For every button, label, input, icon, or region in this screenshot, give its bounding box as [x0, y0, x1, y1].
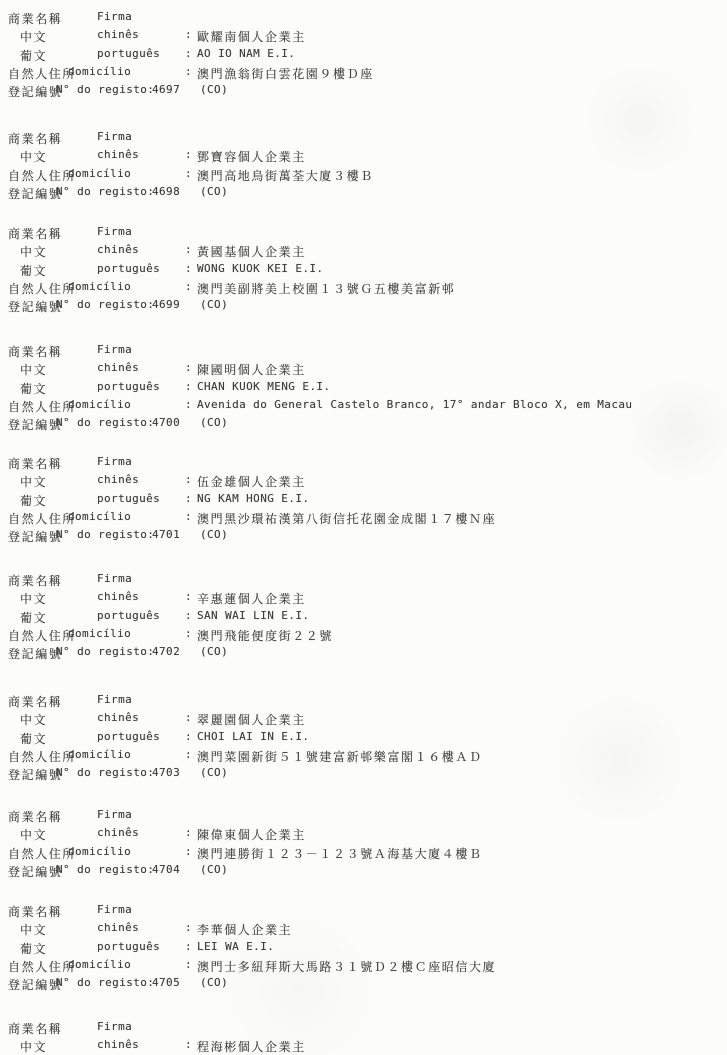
domicile-value: 澳門美副將美上校圍１３號Ｇ五樓美富新邨 [197, 280, 455, 297]
chinese-label-pt: chinês [97, 473, 139, 486]
domicile-label-pt: domicílio [68, 510, 131, 523]
colon: : [185, 1038, 192, 1051]
firma-label-cjk: 商業名稱 [8, 10, 62, 27]
colon: : [185, 748, 192, 761]
firma-label-cjk: 商業名稱 [8, 903, 62, 920]
registration-suffix: (CO) [200, 645, 228, 658]
firma-label-cjk: 商業名稱 [8, 130, 62, 147]
domicile-label-cjk: 自然人住所 [8, 748, 76, 765]
scanned-registry-page: 商業名稱 Firma 中文 chinês : 歐耀南個人企業主 葡文 portu… [0, 0, 727, 1055]
firma-label-pt: Firma [97, 572, 132, 585]
chinese-label-cjk: 中文 [20, 1038, 47, 1055]
field-chinese-name: 中文 chinês : 陳國明個人企業主 [0, 361, 727, 379]
portuguese-label-cjk: 葡文 [20, 380, 47, 397]
chinese-name-value: 鄧寶容個人企業主 [197, 148, 306, 165]
domicile-value: 澳門飛能便度街２２號 [197, 627, 333, 644]
portuguese-name-value: AO IO NAM E.I. [197, 47, 295, 60]
field-chinese-name: 中文 chinês : 黃國基個人企業主 [0, 243, 727, 261]
portuguese-label-pt: português [97, 262, 160, 275]
registration-suffix: (CO) [200, 298, 228, 311]
firma-label-pt: Firma [97, 225, 132, 238]
registration-label-cjk: 登記編號 [8, 83, 62, 100]
domicile-value: 澳門漁翁街白雲花園９樓Ｄ座 [197, 65, 374, 82]
field-registration: 登記編號 N° do registo: 4698 (CO) [0, 185, 727, 203]
field-domicile: 自然人住所 domicílio : 澳門菜園新街５１號建富新邨樂富閣１６樓ＡＤ [0, 748, 727, 766]
colon: : [185, 590, 192, 603]
field-firma: 商業名稱 Firma [0, 808, 727, 826]
firma-label-pt: Firma [97, 693, 132, 706]
field-firma: 商業名稱 Firma [0, 1020, 727, 1038]
field-chinese-name: 中文 chinês : 歐耀南個人企業主 [0, 28, 727, 46]
field-firma: 商業名稱 Firma [0, 343, 727, 361]
portuguese-label-pt: português [97, 940, 160, 953]
registry-entry: 商業名稱 Firma 中文 chinês : 陳偉東個人企業主 自然人住所 do… [0, 808, 727, 881]
registration-suffix: (CO) [200, 83, 228, 96]
domicile-label-cjk: 自然人住所 [8, 845, 76, 862]
field-chinese-name: 中文 chinês : 陳偉東個人企業主 [0, 826, 727, 844]
domicile-value: 澳門連勝街１２３－１２３號Ａ海基大廈４樓Ｂ [197, 845, 483, 862]
colon: : [185, 243, 192, 256]
chinese-label-pt: chinês [97, 921, 139, 934]
portuguese-label-pt: português [97, 492, 160, 505]
portuguese-name-value: LEI WA E.I. [197, 940, 274, 953]
colon: : [185, 65, 192, 78]
chinese-name-value: 黃國基個人企業主 [197, 243, 306, 260]
firma-label-pt: Firma [97, 1020, 132, 1033]
registration-label-pt: N° do registo: [56, 83, 154, 96]
domicile-label-cjk: 自然人住所 [8, 958, 76, 975]
colon: : [185, 398, 192, 411]
field-domicile: 自然人住所 domicílio : 澳門漁翁街白雲花園９樓Ｄ座 [0, 65, 727, 83]
field-registration: 登記編號 N° do registo: 4699 (CO) [0, 298, 727, 316]
domicile-label-cjk: 自然人住所 [8, 510, 76, 527]
registry-entry: 商業名稱 Firma 中文 chinês : 陳國明個人企業主 葡文 portu… [0, 343, 727, 434]
domicile-value: 澳門高地烏街萬荃大廈３樓Ｂ [197, 167, 374, 184]
domicile-value: 澳門黑沙環祐漢第八街信托花園金成閣１７樓Ｎ座 [197, 510, 496, 527]
field-domicile: 自然人住所 domicílio : 澳門黑沙環祐漢第八街信托花園金成閣１７樓Ｎ座 [0, 510, 727, 528]
firma-label-pt: Firma [97, 808, 132, 821]
registration-suffix: (CO) [200, 528, 228, 541]
portuguese-name-value: CHOI LAI IN E.I. [197, 730, 309, 743]
domicile-label-pt: domicílio [68, 958, 131, 971]
registry-entry: 商業名稱 Firma 中文 chinês : 鄧寶容個人企業主 自然人住所 do… [0, 130, 727, 203]
registration-label-cjk: 登記編號 [8, 416, 62, 433]
registration-label-cjk: 登記編號 [8, 528, 62, 545]
firma-label-pt: Firma [97, 455, 132, 468]
portuguese-label-pt: português [97, 47, 160, 60]
colon: : [185, 473, 192, 486]
registration-label-pt: N° do registo: [56, 185, 154, 198]
registration-label-pt: N° do registo: [56, 528, 154, 541]
portuguese-label-pt: português [97, 609, 160, 622]
domicile-label-cjk: 自然人住所 [8, 65, 76, 82]
field-domicile: 自然人住所 domicílio : 澳門士多紐拜斯大馬路３１號Ｄ２樓Ｃ座昭信大廈 [0, 958, 727, 976]
colon: : [185, 361, 192, 374]
field-firma: 商業名稱 Firma [0, 903, 727, 921]
colon: : [185, 958, 192, 971]
colon: : [185, 380, 192, 393]
registration-label-pt: N° do registo: [56, 298, 154, 311]
field-registration: 登記編號 N° do registo: 4705 (CO) [0, 976, 727, 994]
field-registration: 登記編號 N° do registo: 4702 (CO) [0, 645, 727, 663]
registration-label-pt: N° do registo: [56, 416, 154, 429]
registration-label-pt: N° do registo: [56, 976, 154, 989]
domicile-label-pt: domicílio [68, 65, 131, 78]
registration-number: 4705 [152, 976, 180, 989]
chinese-name-value: 歐耀南個人企業主 [197, 28, 306, 45]
portuguese-label-cjk: 葡文 [20, 492, 47, 509]
portuguese-label-pt: português [97, 380, 160, 393]
registration-label-cjk: 登記編號 [8, 645, 62, 662]
firma-label-pt: Firma [97, 343, 132, 356]
field-firma: 商業名稱 Firma [0, 455, 727, 473]
portuguese-name-value: CHAN KUOK MENG E.I. [197, 380, 330, 393]
registration-suffix: (CO) [200, 416, 228, 429]
firma-label-pt: Firma [97, 903, 132, 916]
domicile-label-cjk: 自然人住所 [8, 167, 76, 184]
domicile-label-pt: domicílio [68, 627, 131, 640]
registry-entry: 商業名稱 Firma 中文 chinês : 黃國基個人企業主 葡文 portu… [0, 225, 727, 316]
registration-suffix: (CO) [200, 863, 228, 876]
firma-label-cjk: 商業名稱 [8, 1020, 62, 1037]
field-chinese-name: 中文 chinês : 伍金雄個人企業主 [0, 473, 727, 491]
field-registration: 登記編號 N° do registo: 4704 (CO) [0, 863, 727, 881]
domicile-label-cjk: 自然人住所 [8, 280, 76, 297]
domicile-value: 澳門士多紐拜斯大馬路３１號Ｄ２樓Ｃ座昭信大廈 [197, 958, 496, 975]
registry-entry: 商業名稱 Firma 中文 chinês : 程海彬個人企業主 [0, 1020, 727, 1055]
field-registration: 登記編號 N° do registo: 4703 (CO) [0, 766, 727, 784]
colon: : [185, 510, 192, 523]
colon: : [185, 609, 192, 622]
registration-number: 4701 [152, 528, 180, 541]
registration-label-pt: N° do registo: [56, 863, 154, 876]
portuguese-label-cjk: 葡文 [20, 940, 47, 957]
chinese-label-cjk: 中文 [20, 361, 47, 378]
registration-number: 4697 [152, 83, 180, 96]
field-portuguese-name: 葡文 português : NG KAM HONG E.I. [0, 492, 727, 510]
chinese-name-value: 翠麗園個人企業主 [197, 711, 306, 728]
chinese-label-cjk: 中文 [20, 590, 47, 607]
registration-number: 4700 [152, 416, 180, 429]
chinese-label-pt: chinês [97, 1038, 139, 1051]
chinese-name-value: 辛惠蓮個人企業主 [197, 590, 306, 607]
portuguese-label-cjk: 葡文 [20, 262, 47, 279]
firma-label-pt: Firma [97, 10, 132, 23]
colon: : [185, 940, 192, 953]
domicile-label-pt: domicílio [68, 398, 131, 411]
registration-label-pt: N° do registo: [56, 645, 154, 658]
chinese-label-pt: chinês [97, 826, 139, 839]
field-firma: 商業名稱 Firma [0, 225, 727, 243]
field-chinese-name: 中文 chinês : 翠麗園個人企業主 [0, 711, 727, 729]
chinese-label-cjk: 中文 [20, 711, 47, 728]
portuguese-name-value: SAN WAI LIN E.I. [197, 609, 309, 622]
chinese-name-value: 伍金雄個人企業主 [197, 473, 306, 490]
field-firma: 商業名稱 Firma [0, 572, 727, 590]
registry-entry: 商業名稱 Firma 中文 chinês : 伍金雄個人企業主 葡文 portu… [0, 455, 727, 546]
field-domicile: 自然人住所 domicílio : 澳門高地烏街萬荃大廈３樓Ｂ [0, 167, 727, 185]
portuguese-label-cjk: 葡文 [20, 609, 47, 626]
field-chinese-name: 中文 chinês : 辛惠蓮個人企業主 [0, 590, 727, 608]
firma-label-pt: Firma [97, 130, 132, 143]
chinese-label-cjk: 中文 [20, 473, 47, 490]
chinese-label-pt: chinês [97, 711, 139, 724]
colon: : [185, 262, 192, 275]
field-portuguese-name: 葡文 português : SAN WAI LIN E.I. [0, 609, 727, 627]
colon: : [185, 148, 192, 161]
chinese-label-cjk: 中文 [20, 826, 47, 843]
field-domicile: 自然人住所 domicílio : Avenida do General Cas… [0, 398, 727, 416]
field-domicile: 自然人住所 domicílio : 澳門連勝街１２３－１２３號Ａ海基大廈４樓Ｂ [0, 845, 727, 863]
colon: : [185, 921, 192, 934]
registration-number: 4703 [152, 766, 180, 779]
domicile-value: Avenida do General Castelo Branco, 17° a… [197, 398, 632, 411]
portuguese-name-value: NG KAM HONG E.I. [197, 492, 309, 505]
field-chinese-name: 中文 chinês : 鄧寶容個人企業主 [0, 148, 727, 166]
chinese-label-pt: chinês [97, 28, 139, 41]
chinese-label-cjk: 中文 [20, 148, 47, 165]
chinese-name-value: 陳偉東個人企業主 [197, 826, 306, 843]
firma-label-cjk: 商業名稱 [8, 225, 62, 242]
registration-label-cjk: 登記編號 [8, 298, 62, 315]
chinese-label-pt: chinês [97, 361, 139, 374]
registry-entry: 商業名稱 Firma 中文 chinês : 辛惠蓮個人企業主 葡文 portu… [0, 572, 727, 663]
chinese-label-cjk: 中文 [20, 28, 47, 45]
registration-label-cjk: 登記編號 [8, 976, 62, 993]
chinese-label-pt: chinês [97, 590, 139, 603]
domicile-label-pt: domicílio [68, 845, 131, 858]
domicile-label-pt: domicílio [68, 280, 131, 293]
portuguese-label-cjk: 葡文 [20, 730, 47, 747]
registration-number: 4704 [152, 863, 180, 876]
colon: : [185, 730, 192, 743]
registration-label-cjk: 登記編號 [8, 185, 62, 202]
field-chinese-name: 中文 chinês : 李華個人企業主 [0, 921, 727, 939]
registration-suffix: (CO) [200, 976, 228, 989]
domicile-label-cjk: 自然人住所 [8, 627, 76, 644]
registration-suffix: (CO) [200, 766, 228, 779]
registration-label-pt: N° do registo: [56, 766, 154, 779]
colon: : [185, 47, 192, 60]
firma-label-cjk: 商業名稱 [8, 343, 62, 360]
registration-number: 4699 [152, 298, 180, 311]
domicile-label-pt: domicílio [68, 748, 131, 761]
domicile-value: 澳門菜園新街５１號建富新邨樂富閣１６樓ＡＤ [197, 748, 483, 765]
field-firma: 商業名稱 Firma [0, 693, 727, 711]
colon: : [185, 28, 192, 41]
colon: : [185, 167, 192, 180]
registry-entry: 商業名稱 Firma 中文 chinês : 翠麗園個人企業主 葡文 portu… [0, 693, 727, 784]
colon: : [185, 280, 192, 293]
colon: : [185, 711, 192, 724]
portuguese-name-value: WONG KUOK KEI E.I. [197, 262, 323, 275]
colon: : [185, 845, 192, 858]
field-registration: 登記編號 N° do registo: 4700 (CO) [0, 416, 727, 434]
domicile-label-pt: domicílio [68, 167, 131, 180]
chinese-label-pt: chinês [97, 243, 139, 256]
field-portuguese-name: 葡文 português : CHAN KUOK MENG E.I. [0, 380, 727, 398]
registration-label-cjk: 登記編號 [8, 766, 62, 783]
field-registration: 登記編號 N° do registo: 4697 (CO) [0, 83, 727, 101]
registration-number: 4702 [152, 645, 180, 658]
field-portuguese-name: 葡文 português : AO IO NAM E.I. [0, 47, 727, 65]
firma-label-cjk: 商業名稱 [8, 572, 62, 589]
firma-label-cjk: 商業名稱 [8, 693, 62, 710]
domicile-label-cjk: 自然人住所 [8, 398, 76, 415]
colon: : [185, 627, 192, 640]
field-firma: 商業名稱 Firma [0, 10, 727, 28]
field-firma: 商業名稱 Firma [0, 130, 727, 148]
chinese-label-pt: chinês [97, 148, 139, 161]
field-portuguese-name: 葡文 português : WONG KUOK KEI E.I. [0, 262, 727, 280]
field-domicile: 自然人住所 domicílio : 澳門飛能便度街２２號 [0, 627, 727, 645]
colon: : [185, 492, 192, 505]
firma-label-cjk: 商業名稱 [8, 455, 62, 472]
firma-label-cjk: 商業名稱 [8, 808, 62, 825]
field-domicile: 自然人住所 domicílio : 澳門美副將美上校圍１３號Ｇ五樓美富新邨 [0, 280, 727, 298]
registration-suffix: (CO) [200, 185, 228, 198]
chinese-name-value: 李華個人企業主 [197, 921, 292, 938]
chinese-label-cjk: 中文 [20, 921, 47, 938]
portuguese-label-cjk: 葡文 [20, 47, 47, 64]
registration-label-cjk: 登記編號 [8, 863, 62, 880]
field-portuguese-name: 葡文 português : LEI WA E.I. [0, 940, 727, 958]
registry-entry: 商業名稱 Firma 中文 chinês : 歐耀南個人企業主 葡文 portu… [0, 10, 727, 101]
field-chinese-name: 中文 chinês : 程海彬個人企業主 [0, 1038, 727, 1055]
portuguese-label-pt: português [97, 730, 160, 743]
colon: : [185, 826, 192, 839]
registry-entry: 商業名稱 Firma 中文 chinês : 李華個人企業主 葡文 portug… [0, 903, 727, 994]
chinese-name-value: 程海彬個人企業主 [197, 1038, 306, 1055]
field-portuguese-name: 葡文 português : CHOI LAI IN E.I. [0, 730, 727, 748]
field-registration: 登記編號 N° do registo: 4701 (CO) [0, 528, 727, 546]
registration-number: 4698 [152, 185, 180, 198]
chinese-label-cjk: 中文 [20, 243, 47, 260]
chinese-name-value: 陳國明個人企業主 [197, 361, 306, 378]
